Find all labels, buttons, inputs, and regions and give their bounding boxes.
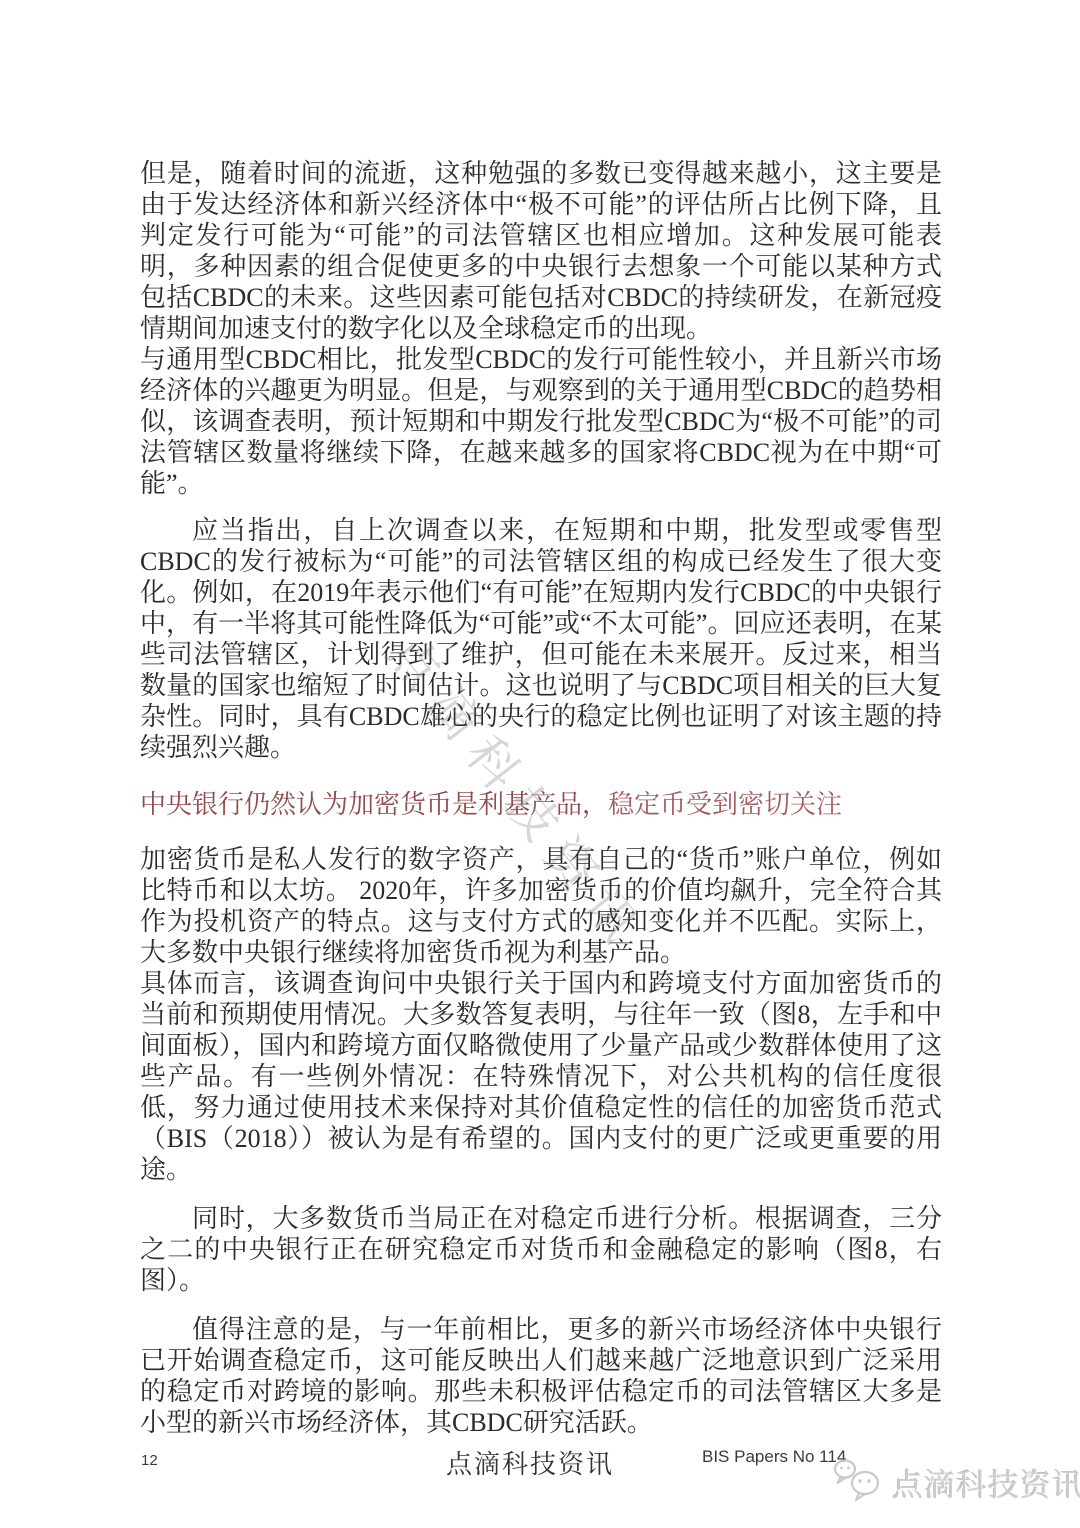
section-heading: 中央银行仍然认为加密货币是利基产品，稳定币受到密切关注 <box>140 789 942 820</box>
brand-watermark-text: 点滴科技资讯 <box>892 1460 1080 1505</box>
paragraph-6: 同时，大多数货币当局正在对稳定币进行分析。根据调查，三分之二的中央银行正在研究稳… <box>140 1203 942 1296</box>
section-heading-lead: 中央银行仍然认为加密货币是利基产品， <box>140 790 608 819</box>
paragraph-2: 与通用型CBDC相比，批发型CBDC的发行可能性较小，并且新兴市场经济体的兴趣更… <box>140 344 942 499</box>
publication-label: BIS Papers No 114 <box>702 1447 846 1467</box>
paragraph-4: 加密货币是私人发行的数字资产，具有自己的“货币”账户单位，例如比特币和以太坊。 … <box>140 844 942 968</box>
section-heading-tail: 稳定币受到密切关注 <box>608 790 842 819</box>
document-page: 但是，随着时间的流逝，这种勉强的多数已变得越来越小，这主要是由于发达经济体和新兴… <box>0 0 1080 1528</box>
paragraph-3: 应当指出，自上次调查以来，在短期和中期，批发型或零售型CBDC的发行被标为“可能… <box>140 515 942 763</box>
brand-watermark: 点滴科技资讯 <box>830 1456 1080 1509</box>
paragraph-5: 具体而言，该调查询问中央银行关于国内和跨境支付方面加密货币的当前和预期使用情况。… <box>140 968 942 1185</box>
paragraph-7: 值得注意的是，与一年前相比，更多的新兴市场经济体中央银行已开始调查稳定币，这可能… <box>140 1314 942 1438</box>
paragraph-1: 但是，随着时间的流逝，这种勉强的多数已变得越来越小，这主要是由于发达经济体和新兴… <box>140 158 942 344</box>
chat-bubbles-icon <box>830 1456 886 1509</box>
body-text-column: 但是，随着时间的流逝，这种勉强的多数已变得越来越小，这主要是由于发达经济体和新兴… <box>140 158 942 1438</box>
